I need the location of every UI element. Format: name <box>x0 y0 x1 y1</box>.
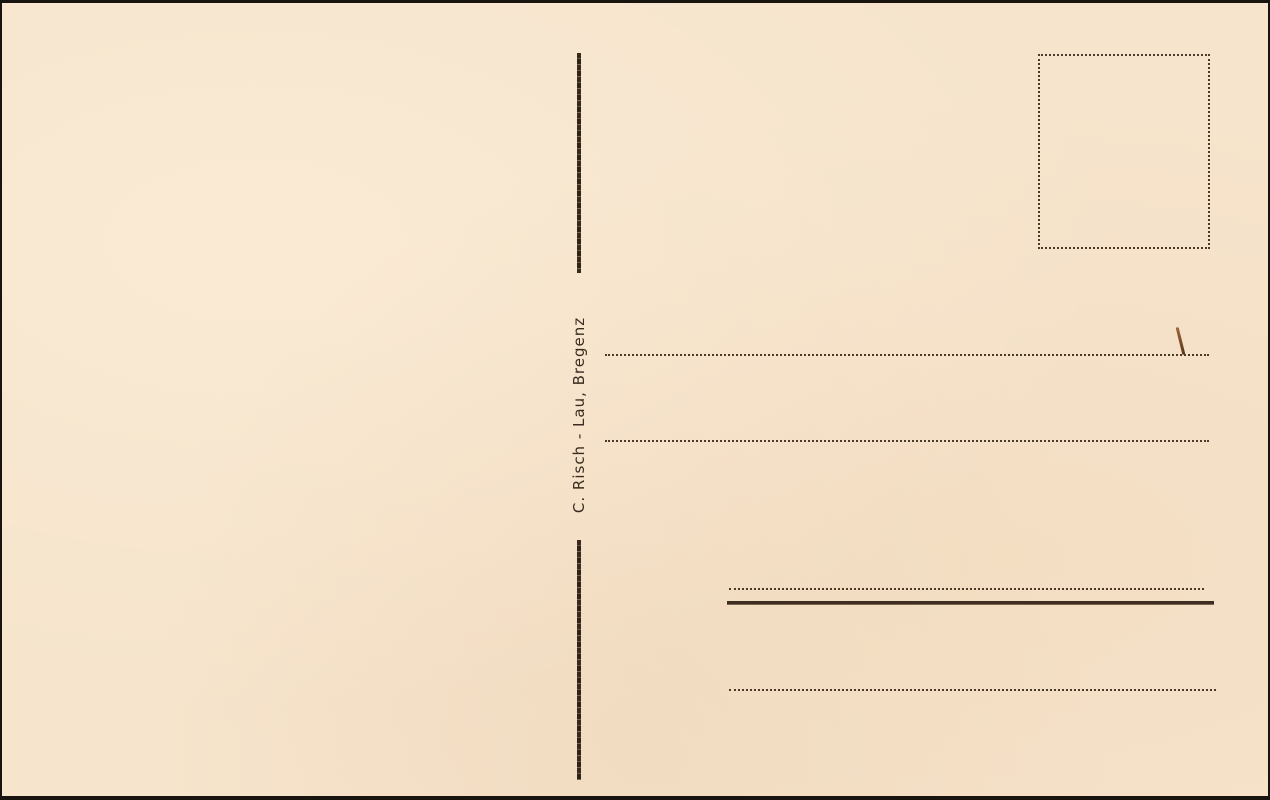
address-line-2 <box>605 440 1209 442</box>
address-line-1 <box>605 354 1209 356</box>
postcard-back: C. Risch - Lau, Bregenz <box>2 3 1268 796</box>
center-divider-bottom <box>577 540 581 780</box>
center-divider-top <box>577 53 581 273</box>
address-line-4 <box>727 601 1214 604</box>
address-line-5 <box>729 689 1216 691</box>
address-line-3 <box>729 588 1204 590</box>
stamp-box <box>1038 54 1210 249</box>
ink-mark <box>1176 327 1186 355</box>
publisher-imprint: C. Risch - Lau, Bregenz <box>570 317 588 513</box>
